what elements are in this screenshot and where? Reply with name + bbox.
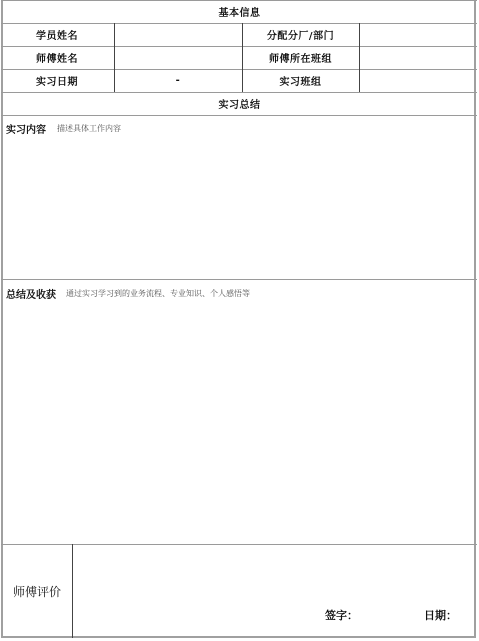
content-label: 实习内容 — [6, 121, 46, 136]
mentor-team-label: 师傅所在班组 — [242, 46, 359, 69]
internship-date-field[interactable]: - — [114, 69, 242, 92]
gains-hint: 通过实习学习到的业务流程、专业知识、个人感悟等 — [66, 288, 250, 299]
basic-info-title: 基本信息 — [0, 0, 479, 23]
mentor-evaluation-field[interactable] — [74, 545, 476, 638]
content-section[interactable]: 实习内容 描述具体工作内容 — [2, 116, 476, 278]
department-field[interactable] — [359, 23, 477, 46]
column-divider — [72, 544, 73, 638]
date-label: 日期： — [424, 607, 457, 623]
internship-team-label: 实习班组 — [242, 69, 359, 92]
mentor-team-field[interactable] — [359, 46, 477, 69]
internship-team-field[interactable] — [359, 69, 477, 92]
gains-section[interactable]: 总结及收获 通过实习学习到的业务流程、专业知识、个人感悟等 — [2, 280, 476, 543]
mentor-evaluation-label: 师傅评价 — [2, 545, 72, 638]
internship-date-label: 实习日期 — [0, 69, 114, 92]
mentor-name-field[interactable] — [114, 46, 242, 69]
summary-title: 实习总结 — [0, 92, 479, 115]
signature-label: 签字： — [325, 607, 358, 623]
department-label: 分配分厂/部门 — [242, 23, 359, 46]
gains-label: 总结及收获 — [6, 286, 56, 301]
mentor-name-label: 师傅姓名 — [0, 46, 114, 69]
content-hint: 描述具体工作内容 — [57, 123, 121, 134]
student-name-label: 学员姓名 — [0, 23, 114, 46]
student-name-field[interactable] — [114, 23, 242, 46]
